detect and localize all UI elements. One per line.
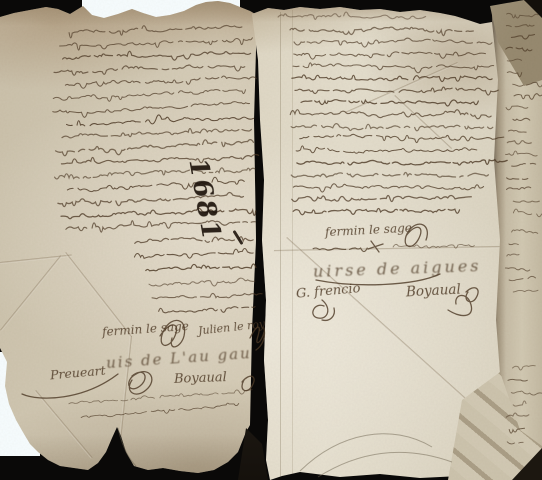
- crease-line: [274, 246, 524, 252]
- binding-fold-line: [292, 10, 293, 478]
- signature-right-party2: Boyaual: [406, 282, 462, 301]
- crease-line: [394, 95, 452, 149]
- crease-line: [0, 255, 62, 331]
- crease-line: [35, 390, 93, 458]
- manuscript-photo: fermin le sage Julien le roy uis de L'au…: [0, 0, 542, 480]
- crease-line: [345, 62, 458, 113]
- signature-left-party2: Boyaual: [174, 370, 227, 387]
- binding-fold-line: [280, 12, 281, 478]
